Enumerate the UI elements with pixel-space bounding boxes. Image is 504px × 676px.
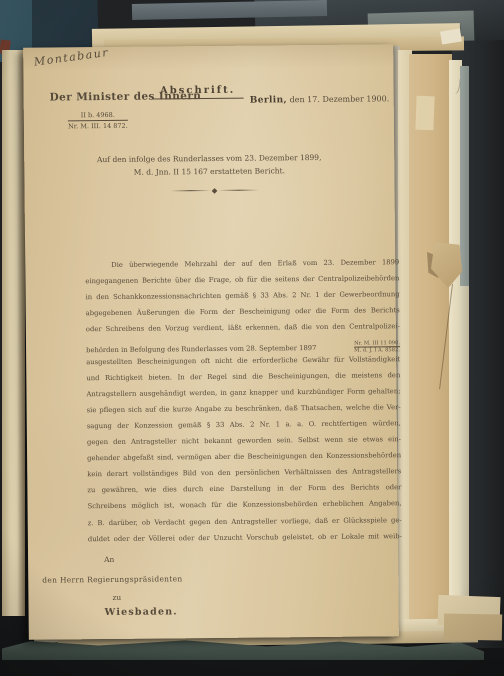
address-recipient: den Herrn Regierungspräsidenten bbox=[42, 574, 182, 584]
subject-line-1: Auf den infolge des Runderlasses vom 23.… bbox=[74, 151, 344, 167]
subject-line-2: M. d. Jnn. II 15 167 erstatteten Bericht… bbox=[74, 164, 344, 180]
file-reference-bottom: Nr. M. III. 14 872. bbox=[68, 120, 128, 131]
body-line-text: behörden in Befolgung des Runderlasses v… bbox=[86, 344, 316, 354]
background-bottom bbox=[0, 660, 504, 676]
archive-photo: Montabaur Abschrift. Der Minister des In… bbox=[0, 0, 504, 676]
file-reference: II b. 4968. Nr. M. III. 14 872. bbox=[54, 111, 142, 131]
dateline-date: den 17. Dezember 1900. bbox=[287, 94, 389, 104]
address-city: Wiesbaden. bbox=[105, 606, 178, 618]
document-page: Montabaur Abschrift. Der Minister des In… bbox=[23, 44, 399, 640]
paper-notch bbox=[415, 96, 434, 131]
address-salutation: An bbox=[104, 555, 114, 564]
section-divider bbox=[171, 187, 259, 195]
body-paragraph: Die überwiegende Mehrzahl der auf den Er… bbox=[85, 258, 402, 551]
page-edge-strip bbox=[460, 66, 469, 288]
dateline-place: Berlin, bbox=[250, 95, 287, 105]
handwritten-archive-note: Montabaur bbox=[33, 46, 109, 69]
underlying-page-edge-left bbox=[2, 50, 25, 616]
divider-line bbox=[171, 190, 211, 191]
dateline: Berlin, den 17. Dezember 1900. bbox=[250, 94, 390, 105]
address-preposition: zu bbox=[112, 593, 121, 602]
body-line: duldet oder der Völlerei oder der Unzuch… bbox=[88, 532, 402, 551]
page-edge-strip bbox=[460, 286, 469, 622]
sender-title: Der Minister des Innern bbox=[50, 90, 202, 103]
inline-file-reference: Nr. M. III 11 090.M. d. J. I A. 8582. bbox=[354, 340, 400, 354]
file-reference-top: II b. 4968. bbox=[77, 111, 119, 120]
corner-stack-sheet bbox=[444, 613, 502, 640]
divider-diamond-icon bbox=[212, 188, 218, 194]
inline-reference-bottom: M. d. J. I A. 8582. bbox=[354, 346, 400, 354]
divider-line bbox=[219, 190, 259, 191]
subject-block: Auf den infolge des Runderlasses vom 23.… bbox=[74, 151, 344, 180]
